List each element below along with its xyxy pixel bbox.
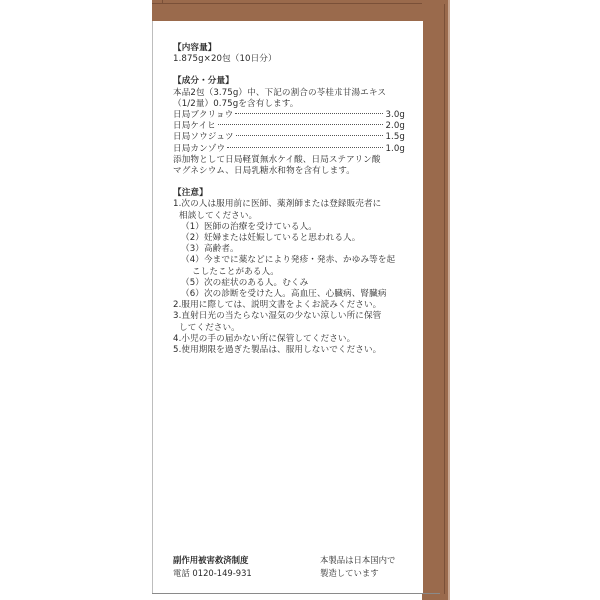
caution-line: 5.使用期限を過ぎた製品は、服用しないでください。 xyxy=(173,345,405,356)
made-in-line: 本製品は日本国内で xyxy=(320,554,395,567)
dot-leader xyxy=(235,112,383,114)
caution-subitem-cont: こしたことがある人。 xyxy=(173,267,405,278)
caution-section: 【注意】 1.次の人は服用前に医師、薬剤師または登録販売者に 相談してください。… xyxy=(173,188,405,356)
ingredient-amount: 1.0g xyxy=(385,144,405,155)
caution-subitem: （4）今までに薬などにより発疹・発赤、かゆみ等を起 xyxy=(173,255,405,266)
made-in-japan-note: 本製品は日本国内で 製造しています xyxy=(320,554,395,580)
ingredient-name: 日局ケイヒ xyxy=(173,121,216,132)
ingredients-intro: （1/2量）0.75gを含有します。 xyxy=(173,99,405,110)
fold-tick xyxy=(162,0,163,4)
made-in-line: 製造しています xyxy=(320,567,395,580)
relief-system-info: 副作用被害救済制度 電話 0120-149-931 xyxy=(173,554,252,580)
dot-leader xyxy=(236,134,384,136)
caution-subitem: （2）妊婦または妊娠していると思われる人。 xyxy=(173,233,405,244)
ingredient-row: 日局ソウジュツ 1.5g xyxy=(173,132,405,143)
ingredient-amount: 3.0g xyxy=(385,110,405,121)
package-edge xyxy=(448,0,450,600)
caution-heading: 【注意】 xyxy=(173,188,405,199)
ingredient-name: 日局ソウジュツ xyxy=(173,132,234,143)
caution-line-cont: してください。 xyxy=(173,323,405,334)
ingredients-heading: 【成分・分量】 xyxy=(173,76,405,87)
caution-line: 4.小児の手の届かない所に保管してください。 xyxy=(173,334,405,345)
label-content: 【内容量】 1.875g×20包（10日分） 【成分・分量】 本品2包（3.75… xyxy=(173,43,405,356)
caution-subitem: （3）高齢者。 xyxy=(173,244,405,255)
fold-crease xyxy=(444,4,445,594)
ingredients-section: 【成分・分量】 本品2包（3.75g）中、下記の割合の苓桂朮甘湯エキス （1/2… xyxy=(173,76,405,177)
caution-subitem: （5）次の症状のある人。むくみ xyxy=(173,278,405,289)
caution-subitem: （6）次の診断を受けた人。高血圧、心臓病、腎臓病 xyxy=(173,289,405,300)
ingredient-row: 日局ブクリョウ 3.0g xyxy=(173,110,405,121)
contents-volume-value: 1.875g×20包（10日分） xyxy=(173,54,405,65)
dot-leader xyxy=(227,146,383,148)
relief-system-phone: 電話 0120-149-931 xyxy=(173,567,252,580)
fold-crease xyxy=(152,3,442,4)
caution-line: 3.直射日光の当たらない湿気の少ない涼しい所に保管 xyxy=(173,311,405,322)
ingredients-intro: 本品2包（3.75g）中、下記の割合の苓桂朮甘湯エキス xyxy=(173,88,405,99)
dot-leader xyxy=(218,123,384,125)
contents-volume-section: 【内容量】 1.875g×20包（10日分） xyxy=(173,43,405,65)
ingredient-name: 日局ブクリョウ xyxy=(173,110,233,121)
caution-line: 2.服用に際しては、説明文書をよくお読みください。 xyxy=(173,300,405,311)
package-bottom-edge xyxy=(152,593,440,594)
ingredient-name: 日局カンゾウ xyxy=(173,144,225,155)
caution-line: 相談してください。 xyxy=(173,211,405,222)
ingredient-amount: 1.5g xyxy=(385,132,405,143)
package-top-flap xyxy=(152,0,450,21)
package-side-flap xyxy=(422,0,450,600)
additives-text: マグネシウム、日局乳糖水和物を含有します。 xyxy=(173,166,405,177)
ingredient-row: 日局ケイヒ 2.0g xyxy=(173,121,405,132)
caution-subitem: （1）医師の治療を受けている人。 xyxy=(173,222,405,233)
additives-text: 添加物として日局軽質無水ケイ酸、日局ステアリン酸 xyxy=(173,155,405,166)
contents-volume-heading: 【内容量】 xyxy=(173,43,405,54)
ingredient-row: 日局カンゾウ 1.0g xyxy=(173,144,405,155)
caution-line: 1.次の人は服用前に医師、薬剤師または登録販売者に xyxy=(173,199,405,210)
ingredient-amount: 2.0g xyxy=(385,121,405,132)
relief-system-title: 副作用被害救済制度 xyxy=(173,554,252,567)
